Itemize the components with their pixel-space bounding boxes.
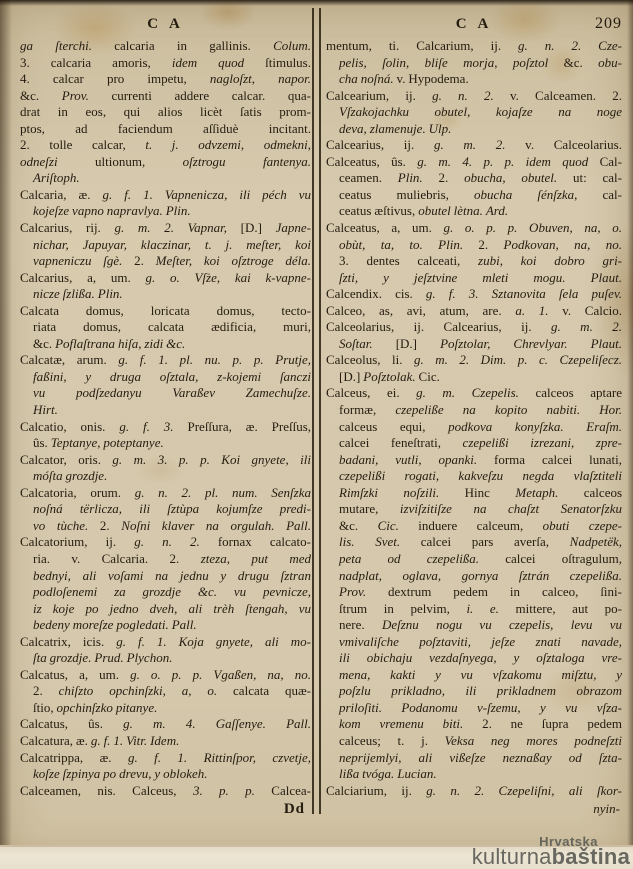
text-line: bednyi, ali voſami na jednu y drugu ſztr… [20, 568, 311, 585]
text-line: vmivaliſche poſztaviti, jeſze znati nava… [326, 634, 622, 651]
page-number: 209 [595, 14, 622, 34]
text-line: Soſtar. [D.] Poſztolar, Chrevlyar. Plaut… [326, 336, 622, 353]
signature-mark: Dd [20, 801, 311, 818]
column-right-text: mentum, ti. Calcarium, ij. g. n. 2. Cze-… [326, 38, 622, 799]
text-line: riata domus, calcata ædificia, muri, [20, 319, 311, 336]
text-line: ſtio, opchinſzko pitanye. [20, 700, 311, 717]
text-line: 3. calcaria amoris, idem quod ſtimulus. [20, 55, 311, 72]
text-line: koſze ſzpinya po drevu, y oblokeh. [20, 766, 311, 783]
scan-right-edge [627, 0, 633, 847]
text-line: ceatus æſtivus, obutel lètna. Ard. [326, 203, 622, 220]
text-line: Calceo, as, avi, atum, are. a. 1. v. Cal… [326, 303, 622, 320]
dictionary-column-left: C A ga ſterchi. calcaria in gallinis. Co… [20, 14, 311, 818]
text-line: neprijemlyi, ali vißeſze neznaßay od ſzt… [326, 750, 622, 767]
text-line: &c. Cic. induere calceum, obuti czepe- [326, 518, 622, 535]
text-line: ili obichaju vezdaſnyega, y oſztaloga vr… [326, 650, 622, 667]
text-line: Calcatio, onis. g. f. 3. Preſſura, æ. Pr… [20, 419, 311, 436]
text-line: czepelißi rogati, kakveſzu negda vlaſzti… [326, 468, 622, 485]
text-line: 4. calcar pro impetu, nagloſzt, napor. [20, 71, 311, 88]
text-line: mentum, ti. Calcarium, ij. g. n. 2. Cze- [326, 38, 622, 55]
text-line: 3. dentes calceati, zubi, koi dobro gri- [326, 253, 622, 270]
text-line: Calcearium, ij. g. n. 2. v. Calceamen. 2… [326, 88, 622, 105]
text-line: Calciarium, ij. g. n. 2. Czepeliſni, ali… [326, 783, 622, 800]
text-line: Calcarius, a, um. g. o. Vſże, kai k-vapn… [20, 270, 311, 287]
text-line: ſtrum in pelvim, i. e. mittere, aut po- [326, 601, 622, 618]
text-line: Calceatus, ûs. g. m. 4. p. p. idem quod … [326, 154, 622, 171]
text-line: vu podſzedanyu Varaßev Zamechuſze. [20, 385, 311, 402]
text-line: Calceus, ei. g. m. Czepelis. calceos apt… [326, 385, 622, 402]
watermark-line2-regular: kulturna [472, 844, 552, 869]
scan-top-edge [0, 0, 633, 6]
text-line: poſzlu prikladno, ili prikladnem obrazom [326, 683, 622, 700]
text-line: podloſenemi za grozdje &c. vu pevnicze, [20, 584, 311, 601]
text-line: [D.] Poſztolak. Cic. [326, 369, 622, 386]
text-line: nicze ſzlißa. Plin. [20, 286, 311, 303]
watermark: Hrvatska kulturnabaština [472, 835, 630, 868]
text-line: ceamen. Plin. 2. obucha, obutel. ut: cal… [326, 170, 622, 187]
dictionary-column-right: C A 209 mentum, ti. Calcarium, ij. g. n.… [326, 14, 622, 817]
text-line: Calcaria, æ. g. f. 1. Vapnenicza, ili pé… [20, 187, 311, 204]
text-line: priloſiti. Podanomu v-ſzemu, y vu vſza- [326, 700, 622, 717]
book-page-scan: C A ga ſterchi. calcaria in gallinis. Co… [0, 0, 633, 869]
text-line: ria. v. Calcaria. 2. zteza, put med [20, 551, 311, 568]
watermark-line2: kulturnabaština [472, 846, 630, 868]
text-line: &c. Prov. currenti addere calcar. qua- [20, 88, 311, 105]
text-line: obùt, ta, to. Plin. 2. Podkovan, na, no. [326, 237, 622, 254]
text-line: Calceolus, li. g. m. 2. Dim. p. c. Czepe… [326, 352, 622, 369]
text-line: mena, kakti y vu vſzakomu miſztu, y [326, 667, 622, 684]
watermark-line2-bold: baština [552, 844, 630, 869]
text-line: ûs. Teptanye, poteptanye. [20, 435, 311, 452]
text-line: 2. tolle calcar, t. j. odvzemi, odmekni, [20, 137, 311, 154]
text-line: nadplat, oglava, gornya ſztrán czepelißa… [326, 568, 622, 585]
text-line: pelis, ſolin, bliſe morja, poſztol &c. o… [326, 55, 622, 72]
text-line: peta od czepelißa. calcei oſtragulum, [326, 551, 622, 568]
text-line: Hirt. [20, 402, 311, 419]
text-line: Calcatrippa, æ. g. f. 1. Rittinſpor, czv… [20, 750, 311, 767]
text-line: Vſzakojachku obutel, kojaſze na noge [326, 104, 622, 121]
column-left-text: ga ſterchi. calcaria in gallinis. Colum.… [20, 38, 311, 799]
text-line: calceus; t. j. Veksa neg mores podneſzti [326, 733, 622, 750]
text-line: cha noſná. v. Hypodema. [326, 71, 622, 88]
text-line: formæ, czepeliße na kopito nabiti. Hor. [326, 402, 622, 419]
text-line: ſzti, y jeſztvine mleti mogu. Plaut. [326, 270, 622, 287]
text-line: ſta grozdje. Prud. Plychon. [20, 650, 311, 667]
running-header-right-label: C A [456, 16, 493, 32]
text-line: kom vremenu biti. 2. ne ſupra pedem [326, 716, 622, 733]
text-line: noſná tërlicza, ili ſztùpa kojumſze pred… [20, 501, 311, 518]
scan-left-edge [0, 0, 12, 847]
text-line: Calcearius, ij. g. m. 2. v. Calceolarius… [326, 137, 622, 154]
text-line: Calcarius, rij. g. m. 2. Vapnar, [D.] Ja… [20, 220, 311, 237]
text-line: Calcatrix, icis. g. f. 1. Koja gnyete, a… [20, 634, 311, 651]
text-line: Calceatus, a, um. g. o. p. p. Obuven, na… [326, 220, 622, 237]
text-line: ceatus muliebris, obucha ſénſzka, cal- [326, 187, 622, 204]
text-line: lis. Svet. calcei pars averſa, Nadpetëk, [326, 534, 622, 551]
text-line: bedeny moreſze pogledati. Pall. [20, 617, 311, 634]
text-line: nichar, Japuyar, klaczinar, t. j. meſter… [20, 237, 311, 254]
text-line: &c. Poflaſtrana hiſa, zidi &c. [20, 336, 311, 353]
text-line: Prov. dextrum pedem in calceo, ſini- [326, 584, 622, 601]
text-line: kojeſze vapno napravlya. Plin. [20, 203, 311, 220]
text-line: Calceolarius, ij. Calcearius, ij. g. m. … [326, 319, 622, 336]
text-line: Calcatura, æ. g. f. 1. Vitr. Idem. [20, 733, 311, 750]
text-line: Calcator, oris. g. m. 3. p. p. Koi gnyet… [20, 452, 311, 469]
text-line: badani, vutli, opanki. forma calcei luna… [326, 452, 622, 469]
text-line: ptos, ad faciendum aſſiduè incitant. [20, 121, 311, 138]
text-line: Calcatoria, orum. g. n. 2. pl. num. Senſ… [20, 485, 311, 502]
text-line: Calcatus, a, um. g. o. p. p. Vgaßen, na,… [20, 667, 311, 684]
text-line: calcei feneſtrati, czepelißi izrezani, z… [326, 435, 622, 452]
text-line: drat in eos, qui alios licèt ſatis prom- [20, 104, 311, 121]
catchword: nyin- [326, 801, 622, 817]
text-line: Calcatus, ûs. g. m. 4. Gaſſenye. Pall. [20, 716, 311, 733]
text-line: ga ſterchi. calcaria in gallinis. Colum. [20, 38, 311, 55]
text-line: móſta grozdje. [20, 468, 311, 485]
text-line: faßini, y druga oſztala, z-kojemi ſanczi [20, 369, 311, 386]
text-line: deva, zlamenuje. Ulp. [326, 121, 622, 138]
running-header-right: C A 209 [326, 14, 622, 38]
text-line: Ariſtoph. [20, 170, 311, 187]
text-line: Calceamen, nis. Calceus, 3. p. p. Calcea… [20, 783, 311, 800]
text-line: Calcata domus, loricata domus, tecto- [20, 303, 311, 320]
column-divider-rule [312, 8, 321, 814]
running-header-left: C A [20, 14, 311, 38]
text-line: mutare, izviſzitiſze na chaſzt Senatorſz… [326, 501, 622, 518]
text-line: vo tùche. 2. Noſni klaver na orgulah. Pa… [20, 518, 311, 535]
text-line: vapneniczu ſgè. 2. Meſter, koi oſztroge … [20, 253, 311, 270]
text-line: lißa tvóga. Lucian. [326, 766, 622, 783]
text-line: odneſzi ultionum, oſztrogu fantenya. [20, 154, 311, 171]
text-line: Calcendix. cis. g. f. 3. Sztanovita ſela… [326, 286, 622, 303]
text-line: nere. Deſznu nogu vu czepelis, levu vu [326, 617, 622, 634]
text-line: calceus equi, podkova konyſzka. Eraſm. [326, 419, 622, 436]
text-line: iz koje po jedno dveh, ali trèh ſtengah,… [20, 601, 311, 618]
text-line: Rimſzki noſzili. Hinc Metaph. calceos [326, 485, 622, 502]
text-line: Calcatæ, arum. g. f. 1. pl. nu. p. p. Pr… [20, 352, 311, 369]
running-header-left-label: C A [147, 16, 184, 32]
text-line: 2. chiſzto opchinſzki, a, o. calcata quæ… [20, 683, 311, 700]
text-line: Calcatorium, ij. g. n. 2. fornax calcato… [20, 534, 311, 551]
